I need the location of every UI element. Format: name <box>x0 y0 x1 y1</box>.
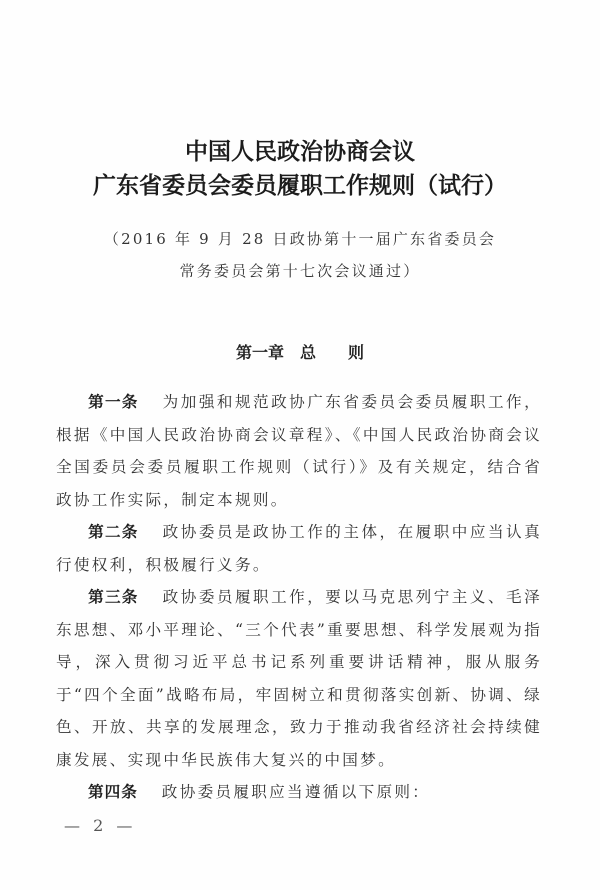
article-label: 第二条 <box>88 523 139 541</box>
document-title-line-1: 中国人民政治协商会议 <box>0 133 600 166</box>
article-text: 政协委员履职应当遵循以下原则： <box>162 783 430 801</box>
article-2: 第二条政协委员是政协工作的主体，在履职中应当认真行使权利，积极履行义务。 <box>56 516 542 581</box>
article-3: 第三条政协委员履职工作，要以马克思列宁主义、毛泽东思想、邓小平理论、“三个代表”… <box>56 581 542 776</box>
chapter-heading: 第一章 总 则 <box>0 340 600 363</box>
adoption-note-line-2: 常务委员会第十七次会议通过） <box>0 260 600 281</box>
document-page: 中国人民政治协商会议 广东省委员会委员履职工作规则（试行） （2016 年 9 … <box>0 0 600 890</box>
bleed-through-text <box>268 288 356 317</box>
article-1: 第一条为加强和规范政协广东省委员会委员履职工作，根据《中国人民政治协商会议章程》… <box>56 386 542 516</box>
document-title-line-2: 广东省委员会委员履职工作规则（试行） <box>0 167 600 200</box>
article-label: 第三条 <box>88 588 139 606</box>
article-label: 第四条 <box>88 783 138 801</box>
adoption-note-line-1: （2016 年 9 月 28 日政协第十一届广东省委员会 <box>0 228 600 249</box>
article-4: 第四条政协委员履职应当遵循以下原则： <box>56 776 542 809</box>
page-number: — 2 — <box>64 816 136 835</box>
article-text: 政协委员履职工作，要以马克思列宁主义、毛泽东思想、邓小平理论、“三个代表”重要思… <box>56 588 542 769</box>
article-label: 第一条 <box>88 393 139 411</box>
